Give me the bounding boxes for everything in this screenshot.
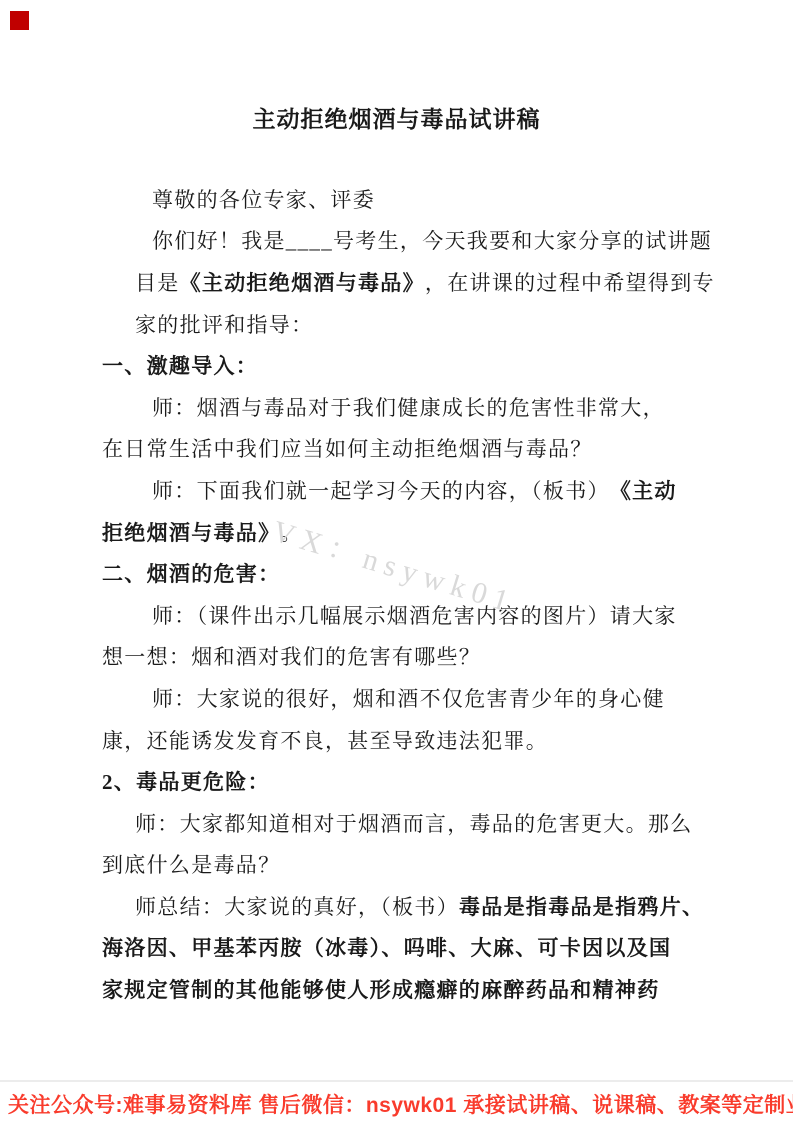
text-segment: 拒绝烟酒与毒品》 xyxy=(102,517,280,547)
text-line: 师：大家说的很好，烟和酒不仅危害青少年的身心健 xyxy=(102,677,697,719)
text-line: 康，还能诱发发育不良，甚至导致违法犯罪。 xyxy=(102,719,697,761)
text-segment: 一、激趣导入： xyxy=(102,350,258,380)
text-line: 师：烟酒与毒品对于我们健康成长的危害性非常大， xyxy=(102,386,697,428)
text-line: 师总结：大家说的真好，（板书）毒品是指毒品是指鸦片、 xyxy=(102,885,697,927)
text-line: 师：大家都知道相对于烟酒而言，毒品的危害更大。那么 xyxy=(102,802,697,844)
text-segment: 。 xyxy=(280,517,302,547)
text-line: 家的批评和指导： xyxy=(102,303,697,345)
text-segment: 师：烟酒与毒品对于我们健康成长的危害性非常大， xyxy=(152,392,665,422)
text-segment: 到底什么是毒品？ xyxy=(102,849,280,879)
text-segment: ，在讲课的过程中希望得到专 xyxy=(425,267,715,297)
text-line: 师：下面我们就一起学习今天的内容，（板书）《主动 xyxy=(102,469,697,511)
text-segment: 目是 xyxy=(135,267,180,297)
text-line: 师：（课件出示几幅展示烟酒危害内容的图片）请大家 xyxy=(102,594,697,636)
text-segment: 师：（课件出示几幅展示烟酒危害内容的图片）请大家 xyxy=(152,600,677,630)
text-segment: 尊敬的各位专家、评委 xyxy=(152,184,375,214)
text-segment: 想一想：烟和酒对我们的危害有哪些？ xyxy=(102,641,481,671)
text-segment: 在日常生活中我们应当如何主动拒绝烟酒与毒品？ xyxy=(102,433,593,463)
text-segment: 师：大家都知道相对于烟酒而言，毒品的危害更大。那么 xyxy=(135,808,693,838)
text-segment: 康，还能诱发发育不良，甚至导致违法犯罪。 xyxy=(102,725,548,755)
corner-stamp xyxy=(10,11,29,30)
text-segment: 《主动拒绝烟酒与毒品》 xyxy=(180,267,425,297)
heading-line: 2、毒品更危险： xyxy=(102,760,697,802)
text-line: 家规定管制的其他能够使人形成瘾癖的麻醉药品和精神药 xyxy=(102,968,697,1010)
text-line: 在日常生活中我们应当如何主动拒绝烟酒与毒品？ xyxy=(102,428,697,470)
text-segment: 家规定管制的其他能够使人形成瘾癖的麻醉药品和精神药 xyxy=(102,974,660,1004)
heading-line: 一、激趣导入： xyxy=(102,344,697,386)
text-segment: 师总结：大家说的真好，（板书） xyxy=(135,891,459,921)
text-segment: 家的批评和指导： xyxy=(135,309,313,339)
footer-divider xyxy=(0,1080,793,1082)
heading-line: 二、烟酒的危害： xyxy=(102,552,697,594)
text-line: 海洛因、甲基苯丙胺（冰毒）、吗啡、大麻、可卡因以及国 xyxy=(102,927,697,969)
footer-promo-text: 关注公众号:难事易资料库 售后微信：nsywk01 承接试讲稿、说课稿、教案等定… xyxy=(0,1089,793,1119)
text-line: 到底什么是毒品？ xyxy=(102,844,697,886)
text-segment: 毒品是指毒品是指鸦片、 xyxy=(459,891,704,921)
text-line: 目是《主动拒绝烟酒与毒品》，在讲课的过程中希望得到专 xyxy=(102,261,697,303)
text-line: 想一想：烟和酒对我们的危害有哪些？ xyxy=(102,636,697,678)
document-body: 尊敬的各位专家、评委你们好！我是____号考生，今天我要和大家分享的试讲题目是《… xyxy=(102,178,697,1010)
text-segment: 你们好！我是____号考生，今天我要和大家分享的试讲题 xyxy=(152,225,712,255)
text-line: 尊敬的各位专家、评委 xyxy=(102,178,697,220)
footer-bar: 关注公众号:难事易资料库 售后微信：nsywk01 承接试讲稿、说课稿、教案等定… xyxy=(0,1086,793,1122)
text-segment: 2、毒品更危险： xyxy=(102,766,270,796)
page-title: 主动拒绝烟酒与毒品试讲稿 xyxy=(0,101,793,134)
text-line: 拒绝烟酒与毒品》。 xyxy=(102,511,697,553)
text-segment: 《主动 xyxy=(610,475,677,505)
text-segment: 二、烟酒的危害： xyxy=(102,558,280,588)
text-segment: 师：下面我们就一起学习今天的内容，（板书） xyxy=(152,475,610,505)
text-line: 你们好！我是____号考生，今天我要和大家分享的试讲题 xyxy=(102,220,697,262)
text-segment: 师：大家说的很好，烟和酒不仅危害青少年的身心健 xyxy=(152,683,665,713)
text-segment: 海洛因、甲基苯丙胺（冰毒）、吗啡、大麻、可卡因以及国 xyxy=(102,932,671,962)
